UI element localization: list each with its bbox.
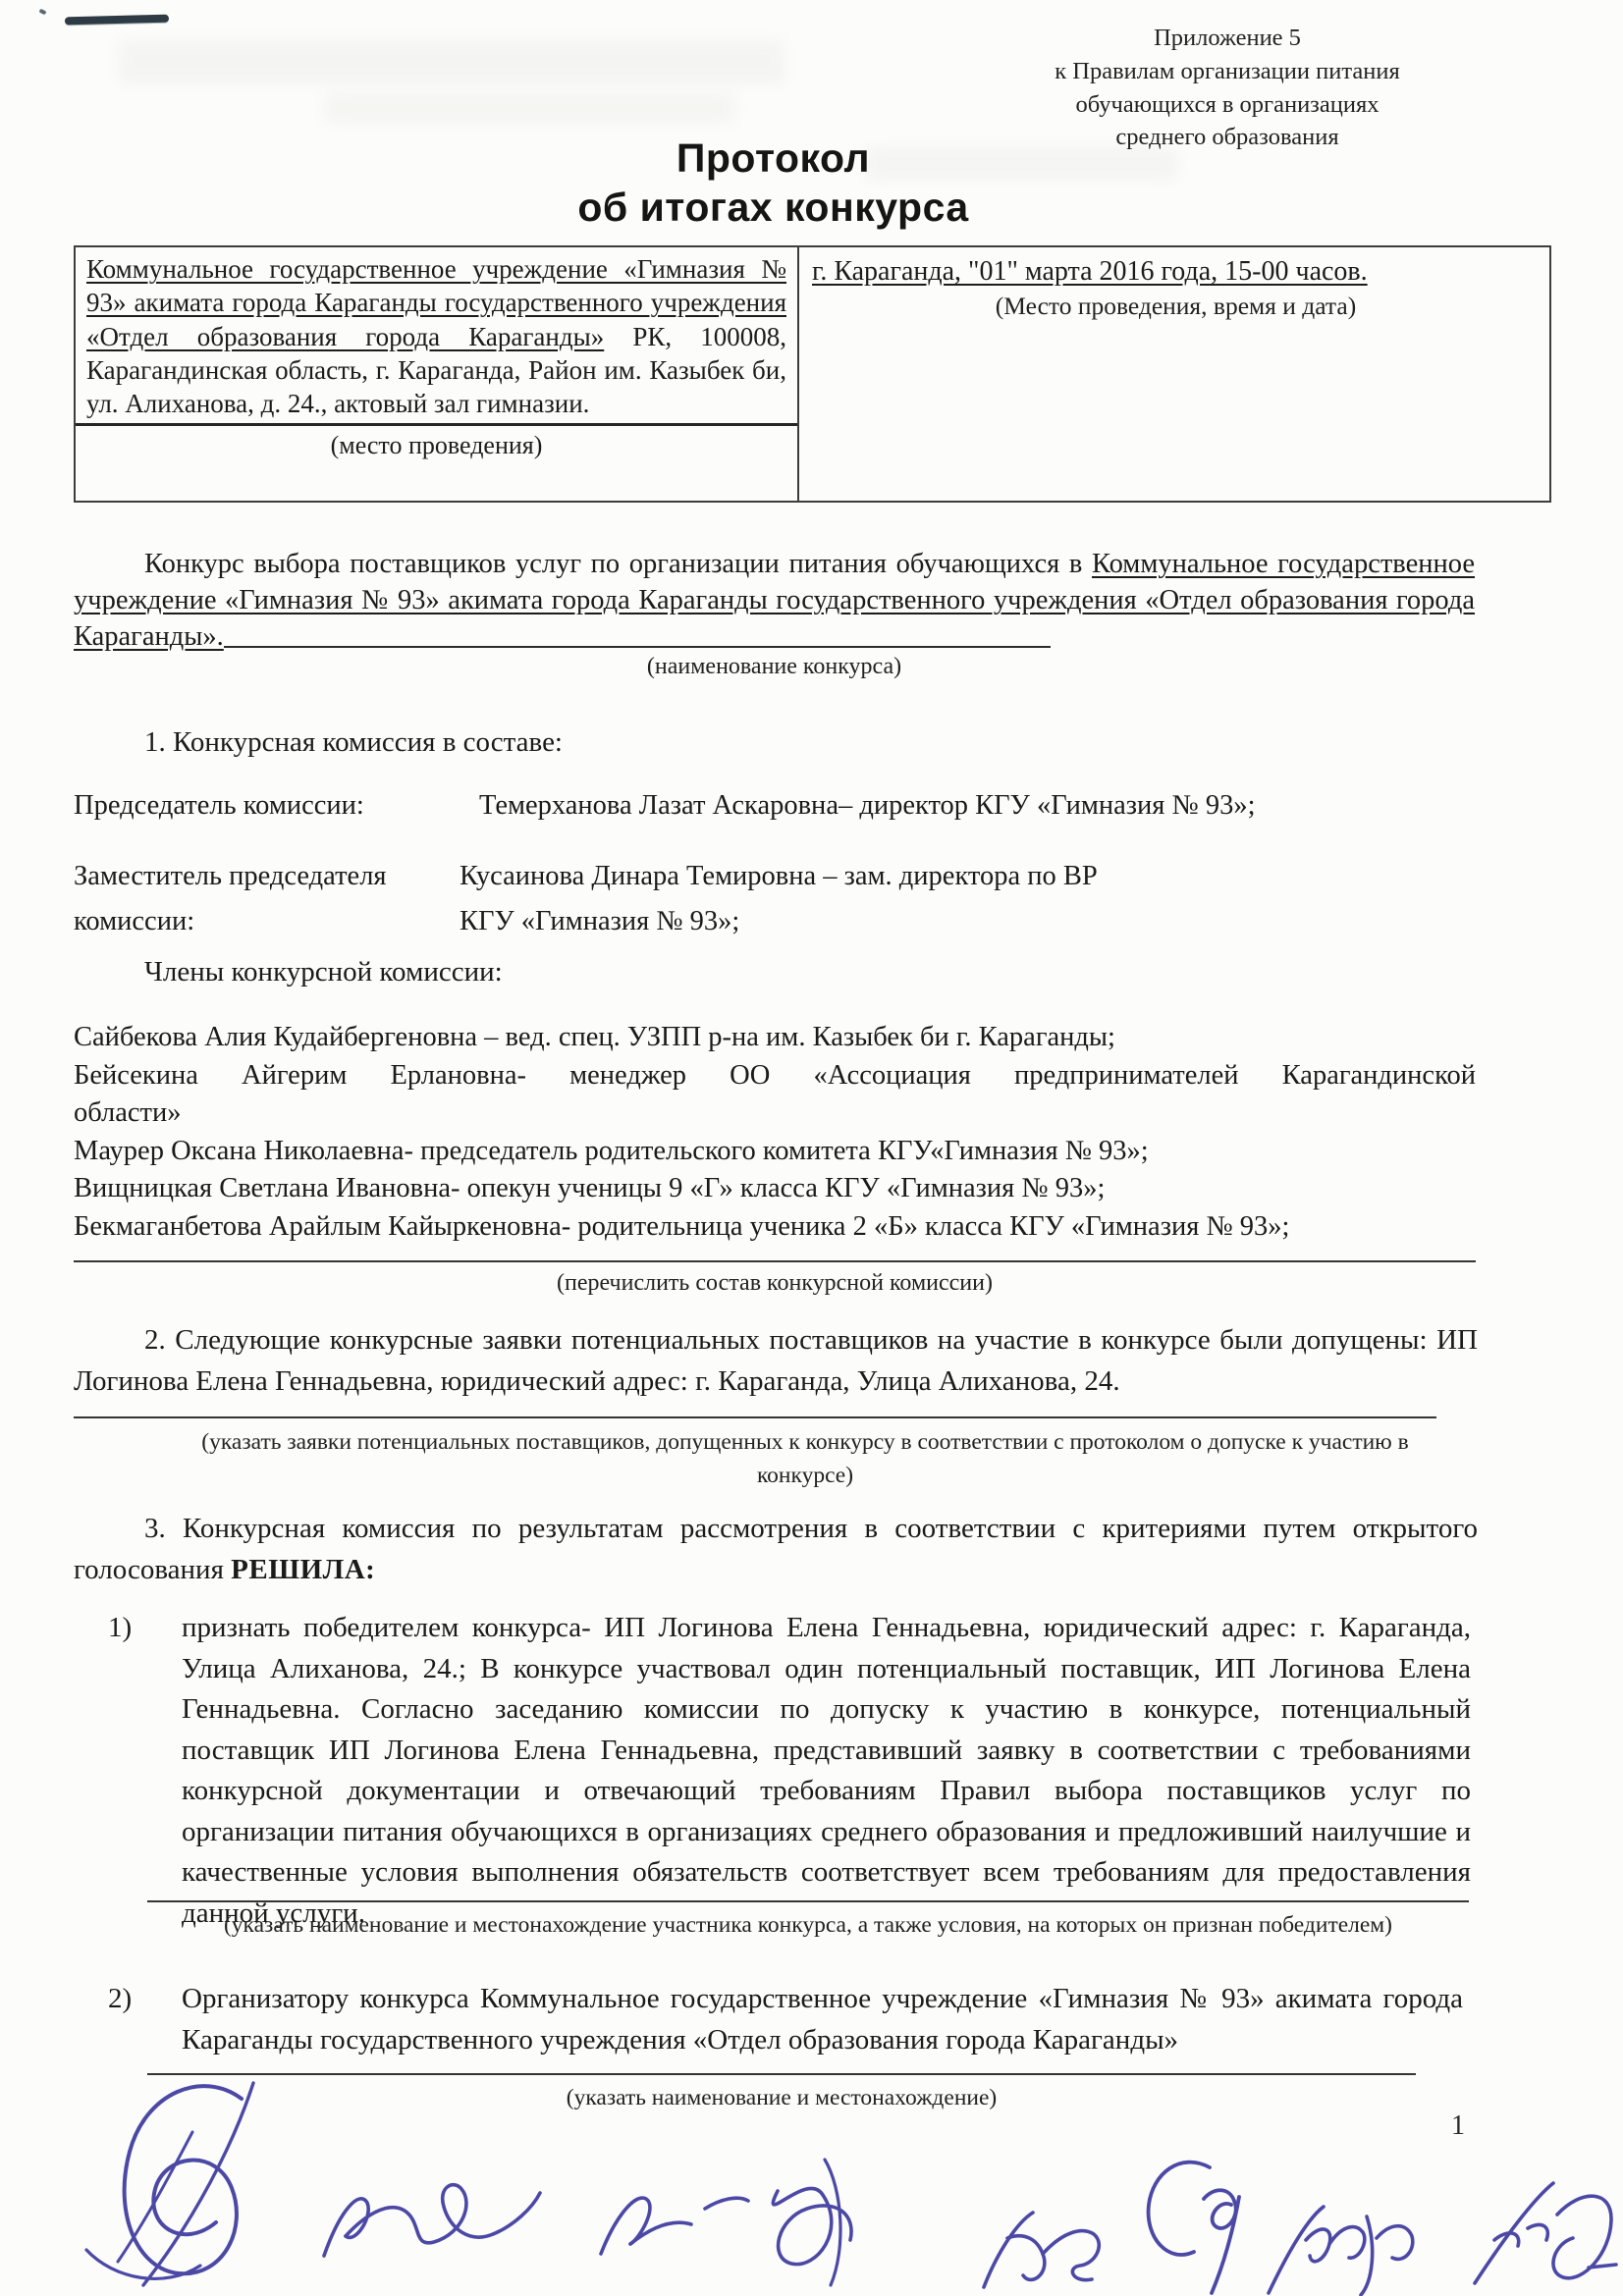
signature-ink [1269,2207,1413,2295]
members-caption: (перечислить состав конкурсной комиссии) [74,1270,1476,1297]
decision-item-1: 1) признать победителем конкурса- ИП Лог… [108,1608,1471,1934]
commission-members-heading: Члены конкурсной комиссии: [144,956,503,988]
chairman-label: Председатель комиссии: [74,783,459,828]
signatures-row [0,2042,1623,2296]
signature-ink [86,2083,253,2285]
scan-ink-dot [38,9,46,16]
resolved-word: РЕШИЛА: [231,1554,375,1585]
decision1-number: 1) [108,1608,155,1649]
signature-ink [1475,2183,1616,2283]
chairman-value: Темерханова Лазат Аскаровна– директор КГ… [479,783,1475,828]
datetime-cell: г. Караганда, "01" марта 2016 года, 15-0… [799,247,1549,501]
decision2-number: 2) [108,1979,155,2020]
document-title: Протокол об итогах конкурса [74,133,1473,232]
section2-underline-rule [74,1416,1436,1418]
member-line: Сайбекова Алия Кудайбергеновна – вед. сп… [74,1019,1476,1057]
commission-deputy-row: Заместитель председателя комиссии: Кусаи… [74,854,1475,944]
scan-smudge [118,39,785,84]
venue-datetime-table: Коммунальное государственное учреждение … [74,245,1551,503]
deputy-label: Заместитель председателя комиссии: [74,854,459,944]
commission-chairman-row: Председатель комиссии: Темерханова Лазат… [74,783,1475,828]
signature-ink [324,2185,540,2256]
signature-ink [1149,2163,1239,2293]
scanned-protocol-page: Приложение 5 к Правилам организации пита… [0,0,1623,2296]
member-line: области» [74,1095,1476,1133]
scan-staple-mark [65,15,169,26]
document-title-line1: Протокол [74,133,1473,183]
decision1-underline-rule [147,1900,1469,1902]
decision1-text: признать победителем конкурса- ИП Логино… [182,1608,1471,1934]
scan-smudge [324,93,736,123]
commission-members-list: Сайбекова Алия Кудайбергеновна – вед. сп… [74,1019,1476,1247]
datetime-caption: (Место проведения, время и дата) [812,292,1540,321]
datetime-value: г. Караганда, "01" марта 2016 года, 15-0… [812,256,1368,287]
section1-heading: 1. Конкурсная комиссия в составе: [144,726,563,759]
venue-caption: (место проведения) [76,426,797,460]
section2-paragraph: 2. Следующие конкурсные заявки потенциал… [74,1319,1478,1402]
member-line: Бейсекина Айгерим Ерлановна- менеджер ОО… [74,1057,1476,1095]
member-line: Маурер Оксана Николаевна- председатель р… [74,1133,1476,1171]
document-title-line2: об итогах конкурса [74,183,1473,232]
deputy-value: Кусаинова Динара Темировна – зам. директ… [460,854,1475,944]
signature-ink [984,2213,1099,2287]
competition-name-caption: (наименование конкурса) [74,654,1475,680]
member-line: Бекмаганбетова Арайлым Кайыркеновна- род… [74,1208,1476,1247]
venue-text: Коммунальное государственное учреждение … [76,247,797,420]
section3-paragraph: 3. Конкурсная комиссия по результатам ра… [74,1508,1478,1590]
competition-name-paragraph: Конкурс выбора поставщиков услуг по орга… [74,546,1475,655]
venue-cell: Коммунальное государственное учреждение … [76,247,799,501]
members-underline-rule [74,1260,1476,1262]
section2-caption: (указать заявки потенциальных поставщико… [157,1425,1453,1492]
member-line: Вищницкая Светлана Ивановна- опекун учен… [74,1170,1476,1208]
competition-intro-text: Конкурс выбора поставщиков услуг по орга… [144,549,1092,579]
blank-line-extension [224,645,1051,648]
decision1-caption: (указать наименование и местонахождение … [147,1912,1469,1939]
signature-ink [601,2160,851,2285]
